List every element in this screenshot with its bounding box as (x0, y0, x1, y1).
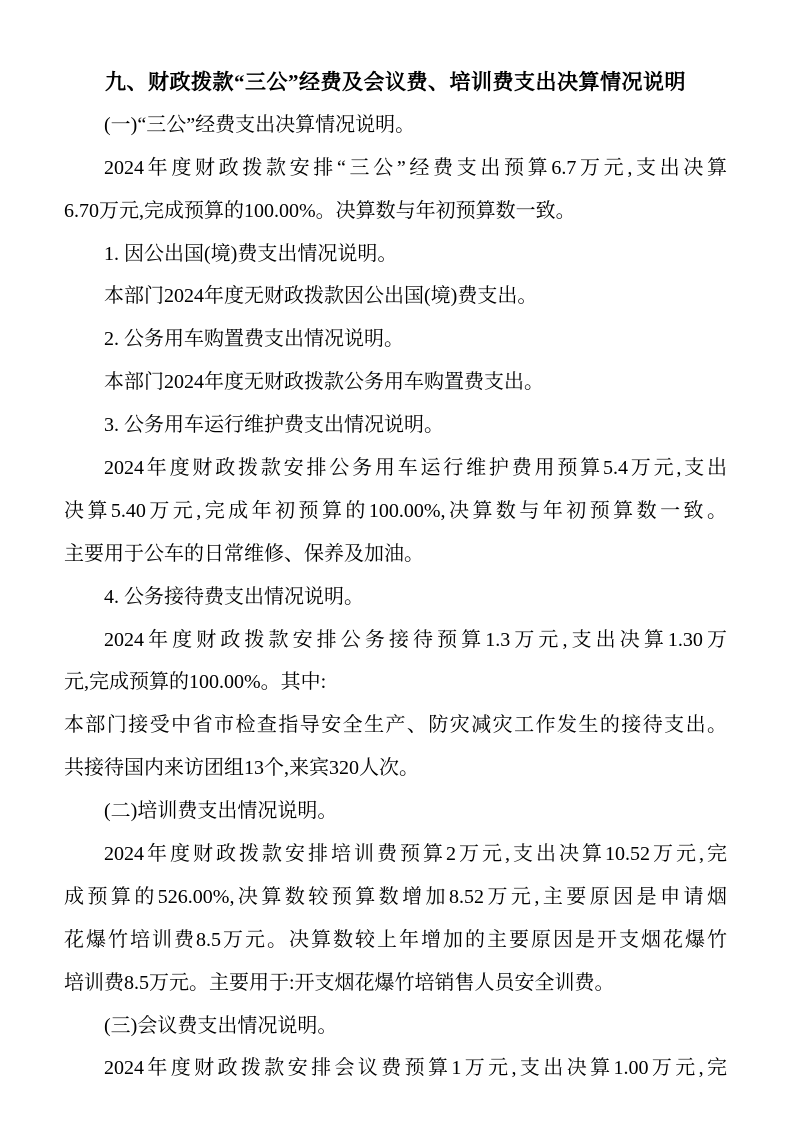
text-line: 2024年度财政拨款安排公务用车运行维护费用预算5.4万元,支出 (64, 447, 727, 490)
text-line: (三)会议费支出情况说明。 (64, 1005, 727, 1048)
text-line: 4. 公务接待费支出情况说明。 (64, 576, 727, 619)
text-line: 本部门接受中省市检查指导安全生产、防灾减灾工作发生的接待支出。 (64, 704, 727, 747)
text-line: 6.70万元,完成预算的100.00%。决算数与年初预算数一致。 (64, 190, 727, 233)
text-line: 2024年度财政拨款安排公务接待预算1.3万元,支出决算1.30万 (64, 619, 727, 662)
text-line: 1. 因公出国(境)费支出情况说明。 (64, 233, 727, 276)
text-line: (二)培训费支出情况说明。 (64, 790, 727, 833)
text-line: 培训费8.5万元。主要用于:开支烟花爆竹培销售人员安全训费。 (64, 962, 727, 1005)
text-line: 决算5.40万元,完成年初预算的100.00%,决算数与年初预算数一致。 (64, 490, 727, 533)
text-line: 元,完成预算的100.00%。其中: (64, 661, 727, 704)
text-line: 本部门2024年度无财政拨款公务用车购置费支出。 (64, 361, 727, 404)
document-body: (一)“三公”经费支出决算情况说明。2024年度财政拨款安排“三公”经费支出预算… (64, 104, 727, 1090)
text-line: 3. 公务用车运行维护费支出情况说明。 (64, 404, 727, 447)
text-line: 2. 公务用车购置费支出情况说明。 (64, 318, 727, 361)
text-line: 2024年度财政拨款安排培训费预算2万元,支出决算10.52万元,完 (64, 833, 727, 876)
text-line: (一)“三公”经费支出决算情况说明。 (64, 104, 727, 147)
document-page: 九、财政拨款“三公”经费及会议费、培训费支出决算情况说明 (一)“三公”经费支出… (0, 0, 793, 1122)
text-line: 成预算的526.00%,决算数较预算数增加8.52万元,主要原因是申请烟 (64, 876, 727, 919)
text-line: 本部门2024年度无财政拨款因公出国(境)费支出。 (64, 275, 727, 318)
document-title: 九、财政拨款“三公”经费及会议费、培训费支出决算情况说明 (64, 61, 727, 104)
text-line: 主要用于公车的日常维修、保养及加油。 (64, 533, 727, 576)
text-line: 2024年度财政拨款安排会议费预算1万元,支出决算1.00万元,完 (64, 1047, 727, 1090)
text-line: 2024年度财政拨款安排“三公”经费支出预算6.7万元,支出决算 (64, 147, 727, 190)
text-line: 共接待国内来访团组13个,来宾320人次。 (64, 747, 727, 790)
text-line: 花爆竹培训费8.5万元。决算数较上年增加的主要原因是开支烟花爆竹 (64, 919, 727, 962)
